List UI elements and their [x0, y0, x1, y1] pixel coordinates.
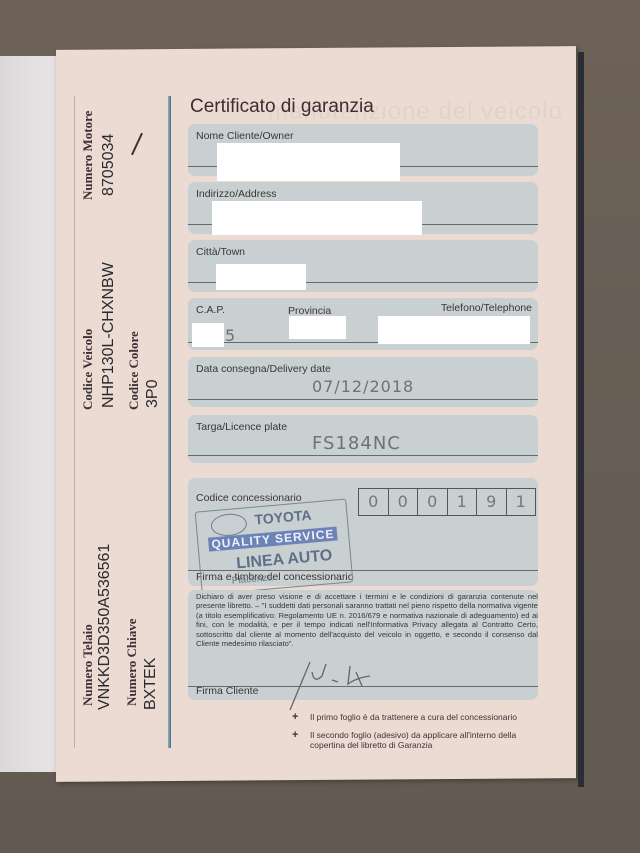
vehicle-code-value: NHP130L-CHXNBW	[100, 262, 118, 408]
dealer-code-digit: 9	[477, 489, 507, 515]
plate-value: FS184NC	[312, 433, 401, 454]
panel-divider	[168, 96, 171, 748]
page-title: Certificato di garanzia	[190, 96, 374, 118]
toyota-logo-icon	[210, 512, 248, 537]
note-text: Il primo foglio è da trattenere a cura d…	[310, 712, 542, 722]
page-edge	[578, 52, 584, 787]
stamp-dealer: LINEA AUTO	[236, 547, 333, 573]
address-label: Indirizzo/Address	[196, 188, 277, 200]
note-text: Il secondo foglio (adesivo) da applicare…	[310, 730, 542, 750]
delivery-date-value: 07/12/2018	[312, 377, 414, 396]
engine-number-value: 8705034	[100, 134, 118, 196]
handwritten-signature	[270, 650, 390, 720]
delivery-date-label: Data consegna/Delivery date	[196, 363, 331, 375]
redacted-address	[212, 201, 422, 235]
field-line	[188, 399, 538, 400]
stamp-brand: TOYOTA	[254, 507, 312, 528]
notes-list: + Il primo foglio è da trattenere a cura…	[292, 712, 542, 758]
dealer-code-box: 0 0 0 1 9 1	[358, 488, 536, 516]
plate-label: Targa/Licence plate	[196, 421, 287, 433]
dealer-code-digit: 0	[418, 489, 448, 515]
color-code-value: 3P0	[144, 380, 162, 408]
panel-border	[74, 96, 75, 748]
client-signature-label: Firma Cliente	[196, 685, 258, 697]
dealer-stamp: TOYOTA QUALITY SERVICE LINEA AUTO Piacen…	[195, 499, 354, 596]
redacted-owner	[217, 143, 400, 181]
redacted-province	[289, 316, 346, 339]
privacy-disclaimer: Dichiaro di aver preso visione e di acce…	[196, 592, 538, 648]
plus-icon: +	[292, 730, 310, 750]
color-code-label: Codice Colore	[126, 331, 142, 410]
note-item: + Il primo foglio è da trattenere a cura…	[292, 712, 542, 722]
redacted-phone	[378, 316, 530, 344]
town-label: Città/Town	[196, 246, 245, 258]
plate-field: Targa/Licence plate FS184NC	[188, 415, 538, 463]
cap-handwritten: 5	[225, 326, 236, 345]
chassis-number-label: Numero Telaio	[80, 624, 96, 706]
key-number-value: BXTEK	[142, 658, 160, 710]
stamp-city: Piacenza	[231, 572, 273, 587]
dealer-code-digit: 0	[359, 489, 389, 515]
engine-number-label: Numero Motore	[80, 111, 96, 200]
redacted-cap	[192, 323, 224, 347]
key-number-label: Numero Chiave	[124, 618, 140, 706]
phone-label: Telefono/Telephone	[441, 302, 532, 314]
dealer-code-digit: 0	[389, 489, 419, 515]
delivery-date-field: Data consegna/Delivery date 07/12/2018	[188, 357, 538, 407]
plus-icon: +	[292, 712, 310, 722]
dealer-code-label: Codice concessionario	[196, 492, 302, 504]
cap-label: C.A.P.	[196, 304, 225, 316]
chassis-number-value: VNKKD3D350A536561	[96, 544, 114, 710]
left-page	[0, 56, 62, 772]
field-line	[188, 455, 538, 456]
redacted-town	[216, 264, 306, 290]
vehicle-code-label: Codice Veicolo	[80, 329, 96, 410]
owner-label: Nome Cliente/Owner	[196, 130, 293, 142]
dealer-code-digit: 1	[448, 489, 478, 515]
dealer-code-digit: 1	[507, 489, 536, 515]
note-item: + Il secondo foglio (adesivo) da applica…	[292, 730, 542, 750]
